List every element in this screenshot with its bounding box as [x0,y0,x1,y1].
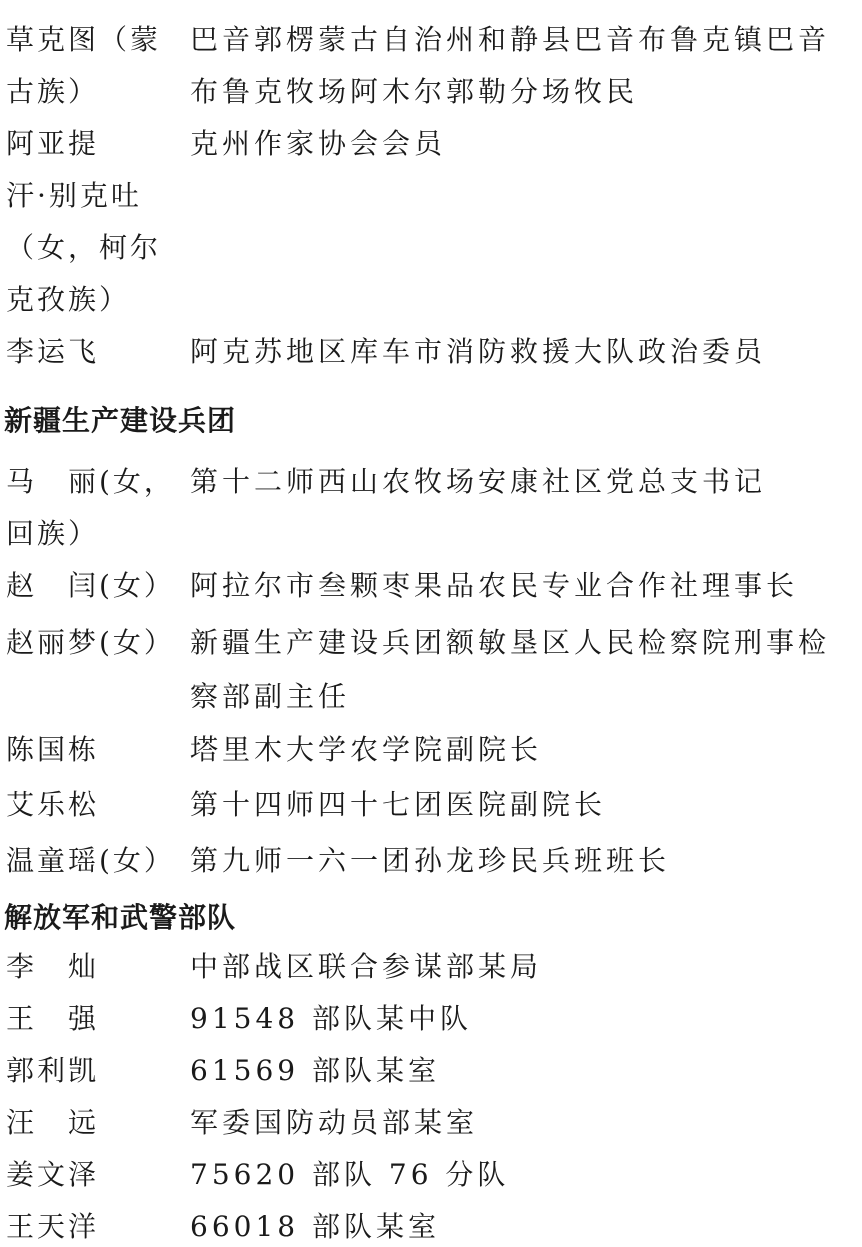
person-name: 古族） [6,66,99,118]
person-name: 回族） [6,508,99,560]
person-position: 军委国防动员部某室 [190,1097,478,1149]
list-item: 马 丽(女， 第十二师西山农牧场安康社区党总支书记 [0,456,862,508]
list-item: 克孜族） [0,274,862,326]
list-item: 回族） [0,508,862,560]
list-item: 察部副主任 [0,671,862,723]
list-item: 阿亚提 克州作家协会会员 [0,118,862,170]
person-position: 新疆生产建设兵团额敏垦区人民检察院刑事检 [190,617,830,669]
person-position: 巴音郭楞蒙古自治州和静县巴音布鲁克镇巴音 [190,14,830,66]
person-position: 塔里木大学农学院副院长 [190,724,542,776]
list-item: 温童瑶(女） 第九师一六一团孙龙珍民兵班班长 [0,835,862,887]
list-item: 古族） 布鲁克牧场阿木尔郭勒分场牧民 [0,66,862,118]
person-name: 王天洋 [6,1201,99,1247]
person-position: 克州作家协会会员 [190,118,446,170]
section-heading: 解放军和武警部队 [4,898,236,938]
person-position: 66018 部队某室 [190,1201,440,1247]
person-name: 汗·别克吐 [6,170,142,222]
list-item: 赵 闫(女） 阿拉尔市叁颗枣果品农民专业合作社理事长 [0,560,862,612]
person-position: 察部副主任 [190,671,350,723]
person-name: （女，柯尔 [6,222,161,274]
list-item: 王 强 91548 部队某中队 [0,993,862,1045]
person-position: 布鲁克牧场阿木尔郭勒分场牧民 [190,66,638,118]
person-position: 75620 部队 76 分队 [190,1149,509,1201]
person-name: 草克图（蒙 [6,14,161,66]
list-item: 汗·别克吐 [0,170,862,222]
person-name: 艾乐松 [6,779,99,831]
person-name: 马 丽(女， [6,456,175,508]
list-item: 王天洋 66018 部队某室 [0,1201,862,1247]
person-position: 91548 部队某中队 [190,993,472,1045]
person-name: 赵丽梦(女） [6,617,175,669]
person-name: 阿亚提 [6,118,99,170]
list-item: 艾乐松 第十四师四十七团医院副院长 [0,779,862,831]
person-name: 温童瑶(女） [6,835,175,887]
person-position: 第十四师四十七团医院副院长 [190,779,606,831]
person-position: 第九师一六一团孙龙珍民兵班班长 [190,835,670,887]
person-name: 王 强 [6,993,99,1045]
person-name: 姜文泽 [6,1149,99,1201]
list-item: 陈国栋 塔里木大学农学院副院长 [0,724,862,776]
list-item: 李 灿 中部战区联合参谋部某局 [0,941,862,993]
person-name: 郭利凯 [6,1045,99,1097]
person-position: 阿克苏地区库车市消防救援大队政治委员 [190,326,766,378]
list-item: 郭利凯 61569 部队某室 [0,1045,862,1097]
list-item: 草克图（蒙 巴音郭楞蒙古自治州和静县巴音布鲁克镇巴音 [0,14,862,66]
list-item: 姜文泽 75620 部队 76 分队 [0,1149,862,1201]
list-item: 赵丽梦(女） 新疆生产建设兵团额敏垦区人民检察院刑事检 [0,617,862,669]
person-position: 61569 部队某室 [190,1045,440,1097]
person-name: 陈国栋 [6,724,99,776]
person-position: 中部战区联合参谋部某局 [190,941,542,993]
person-name: 汪 远 [6,1097,99,1149]
list-item: （女，柯尔 [0,222,862,274]
person-name: 赵 闫(女） [6,560,175,612]
section-heading: 新疆生产建设兵团 [4,401,236,441]
person-name: 克孜族） [6,274,130,326]
person-position: 第十二师西山农牧场安康社区党总支书记 [190,456,766,508]
list-item: 李运飞 阿克苏地区库车市消防救援大队政治委员 [0,326,862,378]
person-position: 阿拉尔市叁颗枣果品农民专业合作社理事长 [190,560,798,612]
person-name: 李运飞 [6,326,99,378]
person-name: 李 灿 [6,941,99,993]
list-item: 汪 远 军委国防动员部某室 [0,1097,862,1149]
